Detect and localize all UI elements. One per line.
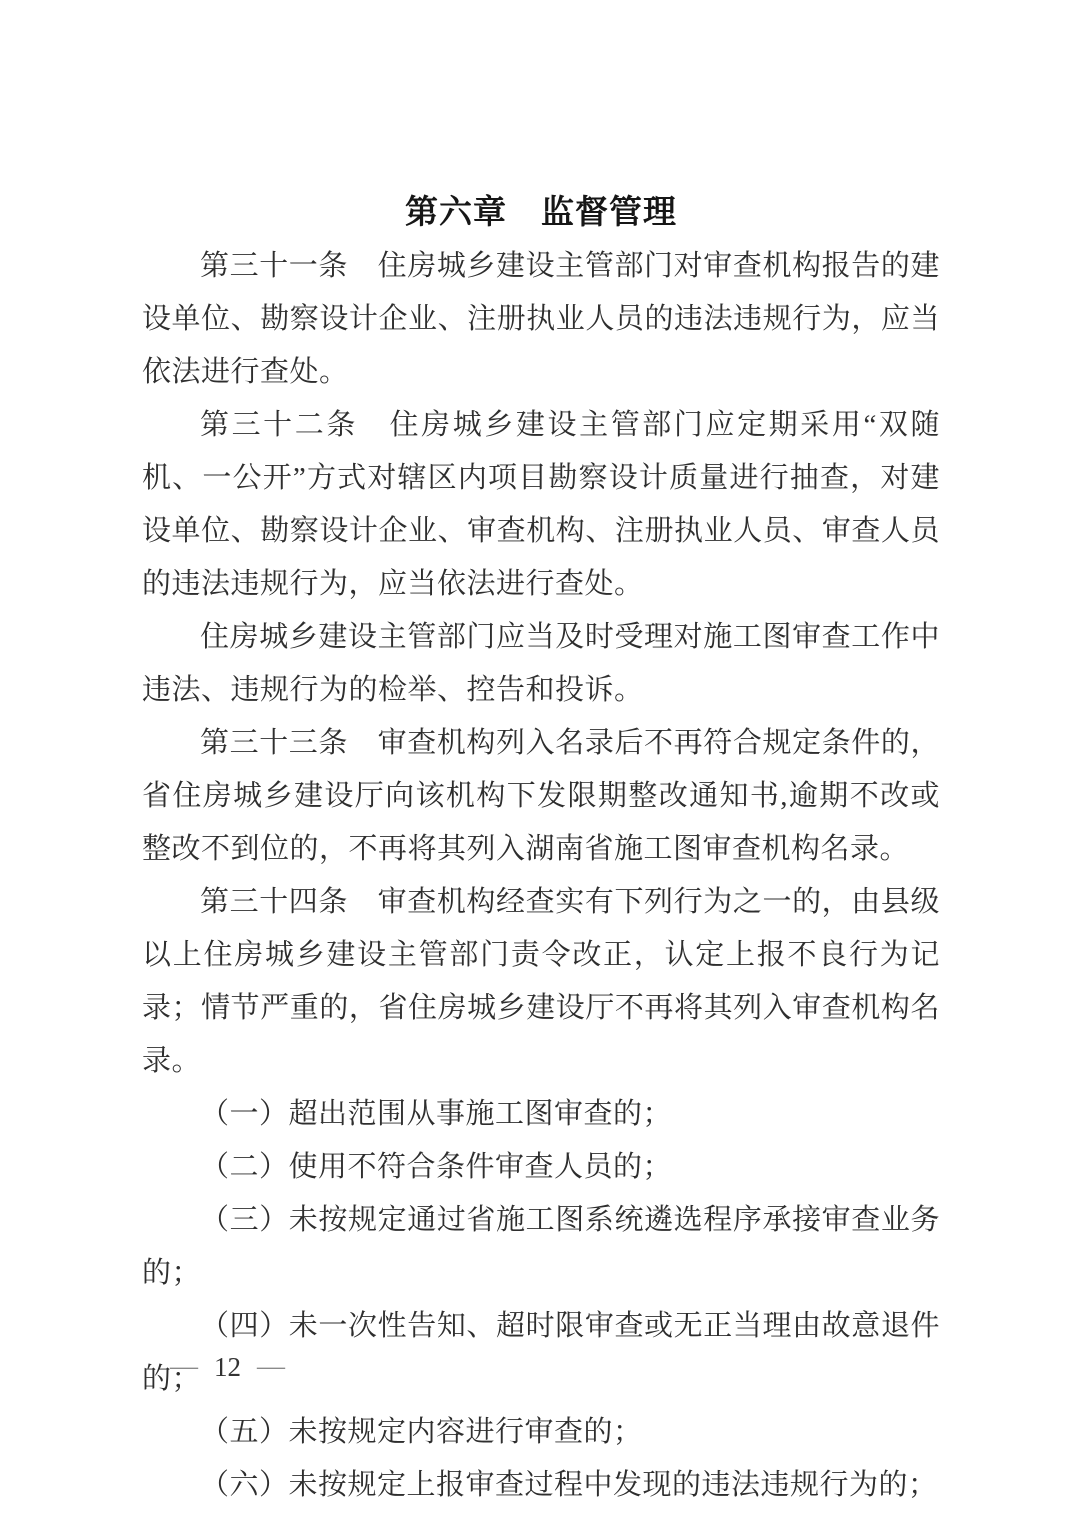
chapter-title: 第六章 监督管理 [142, 192, 940, 232]
paragraph-article-32: 第三十二条 住房城乡建设主管部门应定期采用“双随机、一公开”方式对辖区内项目勘察… [142, 399, 940, 611]
document-page: 第六章 监督管理 第三十一条 住房城乡建设主管部门对审查机构报告的建设单位、勘察… [0, 0, 1080, 1527]
list-item-3: （三）未按规定通过省施工图系统遴选程序承接审查业务的； [142, 1194, 940, 1300]
footer-dash-right: — [257, 1350, 285, 1384]
paragraph-article-31: 第三十一条 住房城乡建设主管部门对审查机构报告的建设单位、勘察设计企业、注册执业… [142, 240, 940, 399]
list-item-6: （六）未按规定上报审查过程中发现的违法违规行为的； [142, 1459, 940, 1512]
paragraph-article-32-continuation: 住房城乡建设主管部门应当及时受理对施工图审查工作中违法、违规行为的检举、控告和投… [142, 611, 940, 717]
document-content: 第六章 监督管理 第三十一条 住房城乡建设主管部门对审查机构报告的建设单位、勘察… [142, 192, 940, 1512]
footer-dash-left: — [170, 1350, 198, 1384]
paragraph-article-34: 第三十四条 审查机构经查实有下列行为之一的，由县级以上住房城乡建设主管部门责令改… [142, 876, 940, 1088]
list-item-2: （二）使用不符合条件审查人员的； [142, 1141, 940, 1194]
list-item-1: （一）超出范围从事施工图审查的； [142, 1088, 940, 1141]
page-footer: — 12 — [170, 1350, 285, 1384]
paragraph-article-33: 第三十三条 审查机构列入名录后不再符合规定条件的，省住房城乡建设厅向该机构下发限… [142, 717, 940, 876]
page-number: 12 [214, 1350, 241, 1384]
list-item-5: （五）未按规定内容进行审查的； [142, 1406, 940, 1459]
